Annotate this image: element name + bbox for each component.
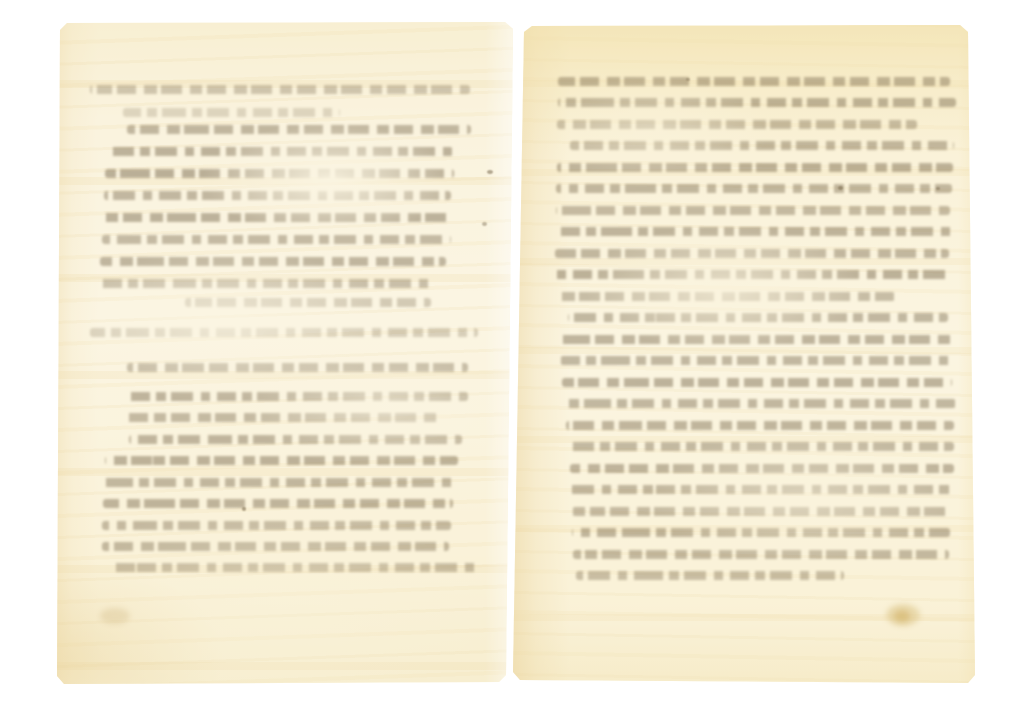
ink-speck	[838, 186, 843, 190]
ink-speck	[482, 222, 487, 226]
faded-text-line	[572, 507, 952, 516]
faded-text-line	[576, 571, 844, 580]
ink-speck	[936, 187, 940, 190]
faded-text-line	[126, 413, 438, 422]
ink-speck	[242, 507, 246, 511]
ink-speck	[686, 78, 690, 81]
faded-text-line	[107, 147, 453, 156]
faded-text-line	[123, 108, 340, 117]
book-spread-photo	[0, 0, 1024, 712]
ink-speck	[487, 170, 493, 174]
left-page-text-layer	[50, 20, 515, 684]
faded-text-line	[557, 163, 953, 172]
faded-text-line	[570, 141, 954, 150]
faded-text-line	[102, 542, 449, 551]
faded-text-line	[568, 442, 954, 451]
faded-text-line	[185, 298, 431, 307]
faded-text-line	[127, 363, 468, 372]
faded-text-line	[555, 270, 951, 279]
faded-text-line	[102, 235, 451, 244]
faded-text-line	[90, 328, 478, 337]
faded-text-line	[566, 421, 954, 430]
faded-text-line	[127, 125, 471, 134]
faded-text-line	[572, 528, 950, 537]
faded-text-line	[555, 249, 949, 258]
faded-text-line	[129, 435, 462, 444]
faded-text-line	[102, 213, 450, 222]
page-number-smudge	[100, 608, 130, 624]
faded-text-line	[556, 184, 952, 193]
faded-text-line	[103, 499, 453, 508]
faded-text-line	[104, 191, 451, 200]
faded-text-line	[560, 335, 952, 344]
faded-text-line	[105, 169, 454, 178]
faded-text-line	[102, 521, 451, 530]
faded-text-line	[105, 456, 458, 465]
faded-text-line	[103, 478, 455, 487]
faded-text-line	[557, 120, 917, 129]
faded-text-line	[570, 464, 954, 473]
faded-text-line	[562, 378, 952, 387]
faded-text-line	[558, 98, 956, 107]
faded-text-line	[112, 563, 477, 572]
left-page	[50, 20, 515, 684]
faded-text-line	[100, 279, 432, 288]
faded-text-line	[558, 77, 950, 86]
faded-text-line	[100, 257, 446, 266]
faded-text-line	[556, 227, 952, 236]
faded-text-line	[90, 85, 470, 94]
faded-text-line	[573, 550, 949, 559]
faded-text-line	[568, 313, 948, 322]
faded-text-line	[555, 292, 895, 301]
right-page	[510, 25, 978, 684]
faded-text-line	[560, 356, 954, 365]
faded-text-line	[556, 206, 950, 215]
right-page-text-layer	[510, 25, 978, 684]
page-number-smudge	[894, 610, 910, 622]
faded-text-line	[128, 392, 468, 401]
faded-text-line	[570, 485, 952, 494]
faded-text-line	[564, 399, 956, 408]
